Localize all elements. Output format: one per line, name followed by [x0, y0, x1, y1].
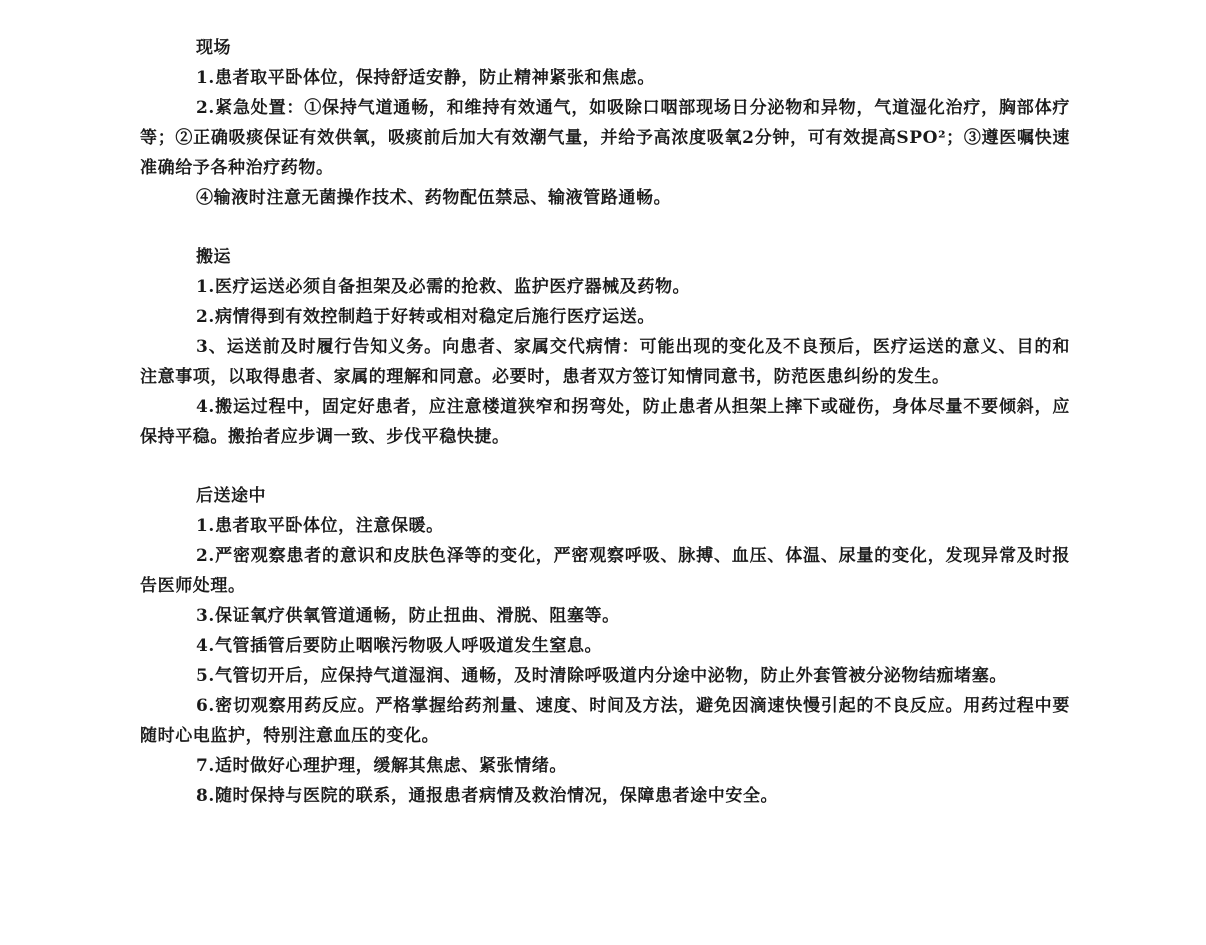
paragraph: 2.紧急处置：①保持气道通畅，和维持有效通气，如吸除口咽部现场日分泌物和异物，气… — [140, 93, 1070, 183]
paragraph: ④输液时注意无菌操作技术、药物配伍禁忌、输液管路通畅。 — [140, 183, 1070, 213]
paragraph: 6.密切观察用药反应。严格掌握给药剂量、速度、时间及方法，避免因滴速快慢引起的不… — [140, 691, 1070, 751]
paragraph: 1.患者取平卧体位，保持舒适安静，防止精神紧张和焦虑。 — [140, 63, 1070, 93]
section-heading: 后送途中 — [140, 481, 1070, 511]
paragraph: 3.保证氧疗供氧管道通畅，防止扭曲、滑脱、阻塞等。 — [140, 601, 1070, 631]
section-en-route: 后送途中 1.患者取平卧体位，注意保暖。 2.严密观察患者的意识和皮肤色泽等的变… — [140, 481, 1070, 811]
paragraph: 2.病情得到有效控制趋于好转或相对稳定后施行医疗运送。 — [140, 302, 1070, 332]
section-heading: 现场 — [140, 33, 1070, 63]
paragraph: 7.适时做好心理护理，缓解其焦虑、紧张情绪。 — [140, 751, 1070, 781]
paragraph: 1.医疗运送必须自备担架及必需的抢救、监护医疗器械及药物。 — [140, 272, 1070, 302]
paragraph: 8.随时保持与医院的联系，通报患者病情及救治情况，保障患者途中安全。 — [140, 781, 1070, 811]
section-heading: 搬运 — [140, 242, 1070, 272]
paragraph: 5.气管切开后，应保持气道湿润、通畅，及时清除呼吸道内分途中泌物，防止外套管被分… — [140, 661, 1070, 691]
paragraph: 1.患者取平卧体位，注意保暖。 — [140, 511, 1070, 541]
paragraph: 4.搬运过程中，固定好患者，应注意楼道狭窄和拐弯处，防止患者从担架上摔下或碰伤，… — [140, 392, 1070, 452]
paragraph: 3、运送前及时履行告知义务。向患者、家属交代病情：可能出现的变化及不良预后，医疗… — [140, 332, 1070, 392]
section-on-site: 现场 1.患者取平卧体位，保持舒适安静，防止精神紧张和焦虑。 2.紧急处置：①保… — [140, 33, 1070, 213]
paragraph: 4.气管插管后要防止咽喉污物吸人呼吸道发生窒息。 — [140, 631, 1070, 661]
paragraph: 2.严密观察患者的意识和皮肤色泽等的变化，严密观察呼吸、脉搏、血压、体温、尿量的… — [140, 541, 1070, 601]
document-page: 现场 1.患者取平卧体位，保持舒适安静，防止精神紧张和焦虑。 2.紧急处置：①保… — [140, 33, 1070, 840]
section-transport: 搬运 1.医疗运送必须自备担架及必需的抢救、监护医疗器械及药物。 2.病情得到有… — [140, 242, 1070, 452]
